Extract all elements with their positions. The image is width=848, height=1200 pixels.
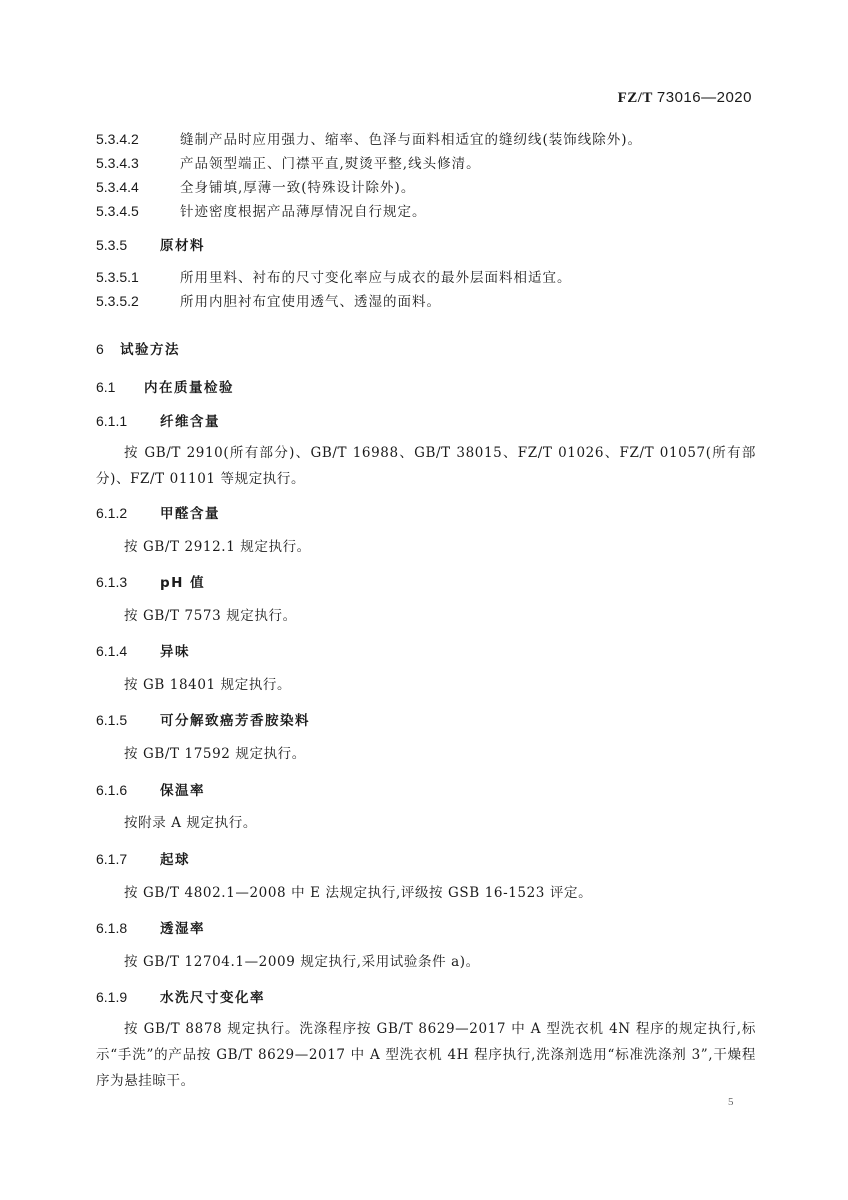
heading-title: 可分解致癌芳香胺染料 xyxy=(160,713,310,729)
heading-title: 水洗尺寸变化率 xyxy=(160,990,265,1006)
paragraph-6-1-4: 按 GB 18401 规定执行。 xyxy=(96,672,756,698)
heading-title: 甲醛含量 xyxy=(160,506,220,522)
heading-title: pH 值 xyxy=(160,575,205,591)
heading-title: 透湿率 xyxy=(160,921,205,937)
clause-text: 产品领型端正、门襟平直,熨烫平整,线头修清。 xyxy=(180,156,481,172)
heading-title: 保温率 xyxy=(160,783,205,799)
heading-6-1-2: 6.1.2甲醛含量 xyxy=(96,502,220,523)
paragraph-6-1-6: 按附录 A 规定执行。 xyxy=(96,810,756,836)
clause-text: 所用里料、衬布的尺寸变化率应与成衣的最外层面料相适宜。 xyxy=(180,270,572,286)
clause-number: 5.3.5.2 xyxy=(96,293,180,309)
heading-title: 纤维含量 xyxy=(160,414,220,430)
heading-6-1-6: 6.1.6保温率 xyxy=(96,779,205,800)
heading-6: 6试验方法 xyxy=(96,338,180,359)
clause-number: 5.3.4.4 xyxy=(96,179,180,195)
heading-number: 6.1.5 xyxy=(96,712,160,728)
paragraph-6-1-1: 按 GB/T 2910(所有部分)、GB/T 16988、GB/T 38015、… xyxy=(96,440,756,492)
heading-number: 6.1.3 xyxy=(96,574,160,590)
clause-5-3-4-2: 5.3.4.2缝制产品时应用强力、缩率、色泽与面料相适宜的缝纫线(装饰线除外)。 xyxy=(96,128,642,149)
clause-number: 5.3.5.1 xyxy=(96,269,180,285)
heading-number: 6.1 xyxy=(96,379,144,395)
clause-text: 所用内胆衬布宜使用透气、透湿的面料。 xyxy=(180,294,441,310)
paragraph-6-1-9: 按 GB/T 8878 规定执行。洗涤程序按 GB/T 8629—2017 中 … xyxy=(96,1016,756,1094)
clause-text: 全身铺填,厚薄一致(特殊设计除外)。 xyxy=(180,180,415,196)
paragraph-6-1-3: 按 GB/T 7573 规定执行。 xyxy=(96,603,756,629)
heading-title: 异味 xyxy=(160,644,190,660)
heading-6-1-3: 6.1.3pH 值 xyxy=(96,571,205,592)
paragraph-6-1-2: 按 GB/T 2912.1 规定执行。 xyxy=(96,534,756,560)
clause-text: 针迹密度根据产品薄厚情况自行规定。 xyxy=(180,204,427,220)
heading-number: 6.1.9 xyxy=(96,989,160,1005)
heading-6-1-8: 6.1.8透湿率 xyxy=(96,917,205,938)
clause-number: 5.3.4.2 xyxy=(96,131,180,147)
heading-6-1-4: 6.1.4异味 xyxy=(96,640,190,661)
clause-number: 5.3.4.5 xyxy=(96,203,180,219)
clause-number: 5.3.4.3 xyxy=(96,155,180,171)
clause-5-3-4-3: 5.3.4.3产品领型端正、门襟平直,熨烫平整,线头修清。 xyxy=(96,152,481,173)
heading-number: 6.1.8 xyxy=(96,920,160,936)
heading-number: 6.1.6 xyxy=(96,782,160,798)
heading-number: 6.1.2 xyxy=(96,505,160,521)
paragraph-6-1-8: 按 GB/T 12704.1—2009 规定执行,采用试验条件 a)。 xyxy=(96,949,756,975)
clause-5-3-4-5: 5.3.4.5针迹密度根据产品薄厚情况自行规定。 xyxy=(96,200,427,221)
heading-number: 6.1.7 xyxy=(96,851,160,867)
paragraph-6-1-7: 按 GB/T 4802.1—2008 中 E 法规定执行,评级按 GSB 16-… xyxy=(96,880,756,906)
heading-title: 原材料 xyxy=(160,238,205,254)
heading-title: 试验方法 xyxy=(120,342,180,358)
clause-text: 缝制产品时应用强力、缩率、色泽与面料相适宜的缝纫线(装饰线除外)。 xyxy=(180,132,642,148)
heading-5-3-5: 5.3.5原材料 xyxy=(96,234,205,255)
document-page: FZ/T 73016—2020 5.3.4.2缝制产品时应用强力、缩率、色泽与面… xyxy=(0,0,848,1200)
heading-6-1-1: 6.1.1纤维含量 xyxy=(96,410,220,431)
heading-6-1-5: 6.1.5可分解致癌芳香胺染料 xyxy=(96,709,310,730)
clause-5-3-5-2: 5.3.5.2所用内胆衬布宜使用透气、透湿的面料。 xyxy=(96,290,441,311)
heading-number: 6.1.4 xyxy=(96,643,160,659)
standard-code: FZ/T 73016—2020 xyxy=(618,89,752,107)
heading-number: 6 xyxy=(96,341,120,357)
clause-5-3-4-4: 5.3.4.4全身铺填,厚薄一致(特殊设计除外)。 xyxy=(96,176,415,197)
heading-title: 内在质量检验 xyxy=(144,380,234,396)
heading-number: 5.3.5 xyxy=(96,237,160,253)
clause-5-3-5-1: 5.3.5.1所用里料、衬布的尺寸变化率应与成衣的最外层面料相适宜。 xyxy=(96,266,572,287)
heading-6-1: 6.1内在质量检验 xyxy=(96,376,234,397)
standard-prefix: FZ/T xyxy=(618,90,653,106)
paragraph-6-1-5: 按 GB/T 17592 规定执行。 xyxy=(96,741,756,767)
page-number: 5 xyxy=(728,1096,734,1108)
heading-title: 起球 xyxy=(160,852,190,868)
standard-number: 73016—2020 xyxy=(657,89,752,106)
heading-6-1-9: 6.1.9水洗尺寸变化率 xyxy=(96,986,265,1007)
heading-6-1-7: 6.1.7起球 xyxy=(96,848,190,869)
heading-number: 6.1.1 xyxy=(96,413,160,429)
